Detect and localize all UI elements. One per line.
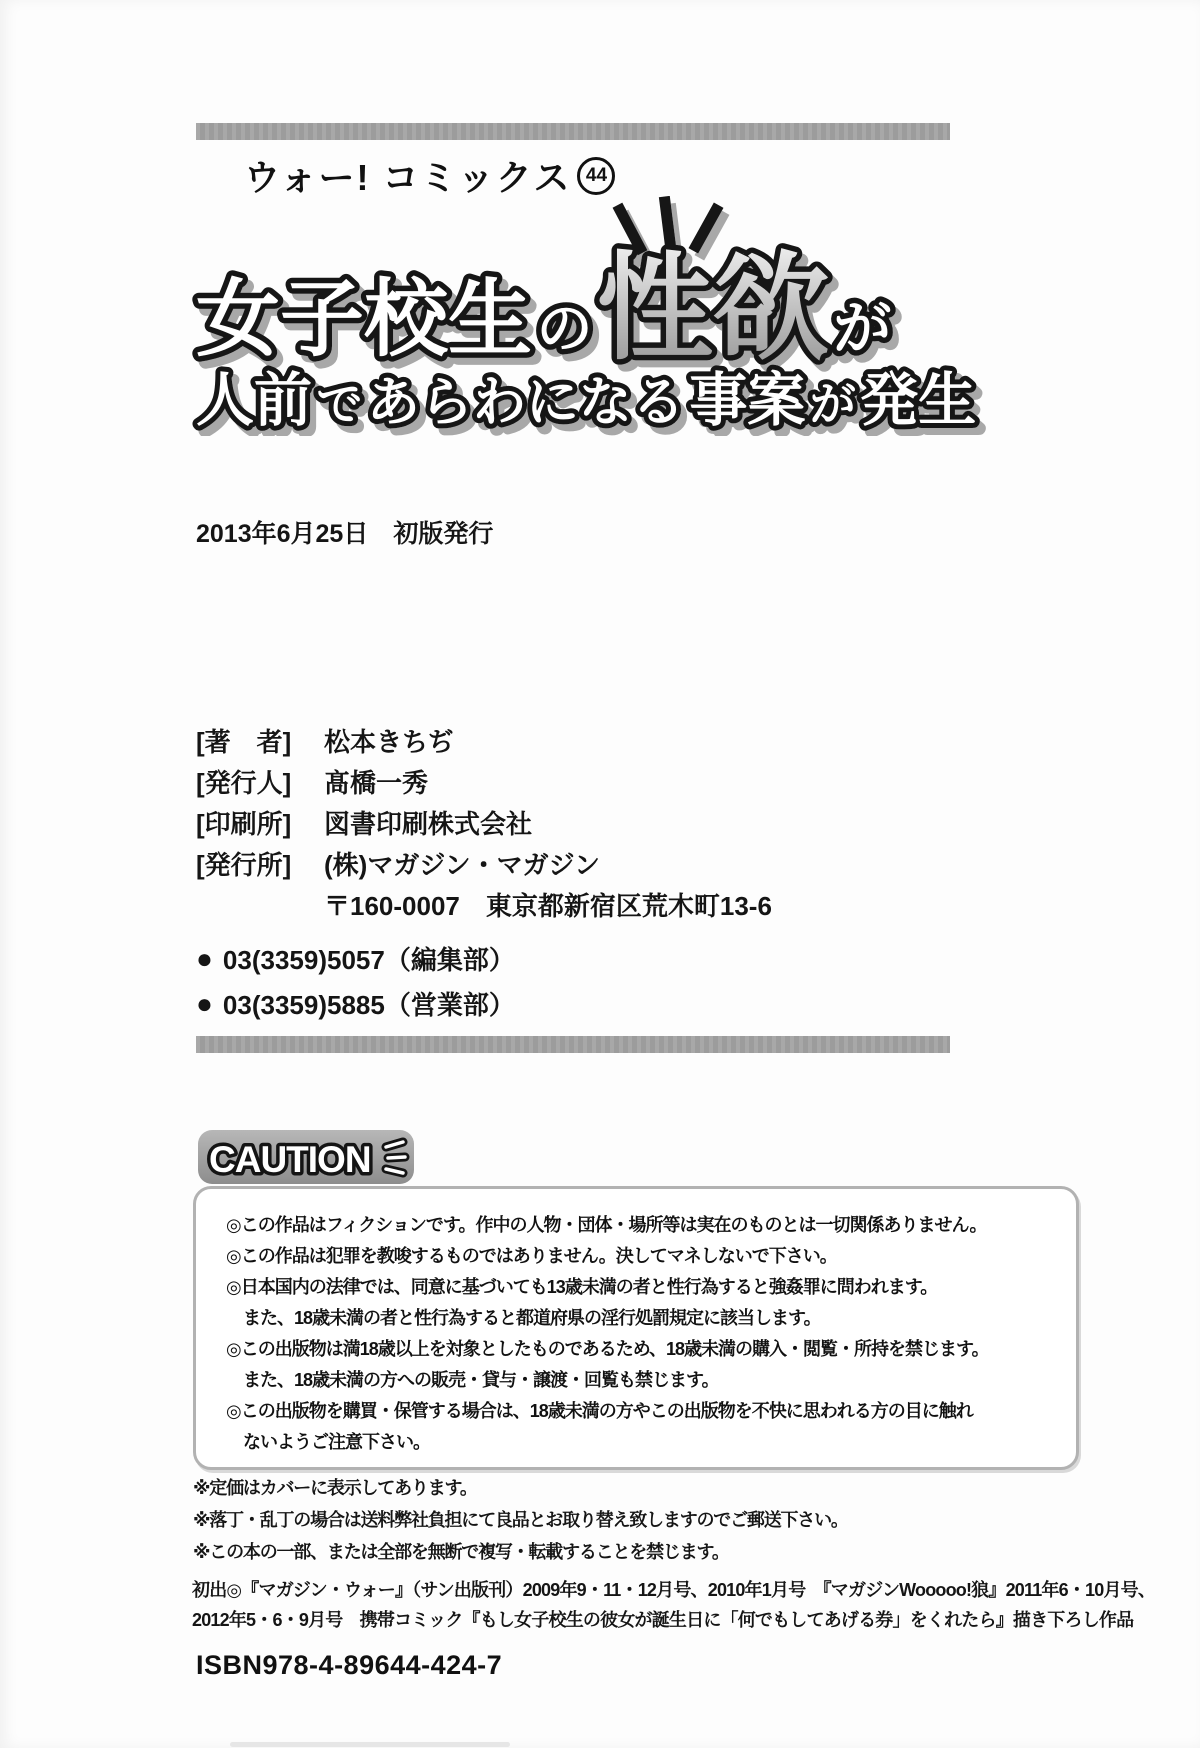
- caution-line: ◎この出版物を購買・保管する場合は、18歳未満の方やこの出版物を不快に思われる方…: [226, 1397, 1056, 1428]
- first-publication: 初出◎『マガジン・ウォー』（サン出版刊）2009年9・11・12月号、2010年…: [192, 1576, 1155, 1636]
- phone-bullet-icon: ●: [196, 990, 213, 1018]
- phone-list: ● 03(3359)5057（編集部） ● 03(3359)5885（営業部）: [196, 936, 515, 1026]
- title-l1-joshikousei: 女子校生: [196, 272, 532, 366]
- phone-row-editorial: ● 03(3359)5057（編集部）: [196, 936, 515, 981]
- note-line: ※この本の一部、または全部を無断で複写・転載することを禁じます。: [193, 1538, 848, 1570]
- credit-value: (株)マガジン・マガジン: [324, 845, 600, 882]
- title-l1-no: の: [536, 297, 592, 360]
- isbn-text: ISBN978-4-89644-424-7: [196, 1650, 502, 1681]
- series-volume-badge: 44: [577, 157, 615, 195]
- title-l1-ga: が: [833, 296, 891, 361]
- page-scan-artifact: [230, 1742, 510, 1747]
- caution-line: ないようご注意下さい。: [226, 1428, 1056, 1459]
- caution-tab: CAUTION: [196, 1128, 418, 1188]
- credit-label: [発行所]: [196, 845, 304, 882]
- credit-value: 図書印刷株式会社: [324, 804, 532, 841]
- phone-text: 03(3359)5885（営業部）: [223, 985, 515, 1022]
- phone-row-sales: ● 03(3359)5885（営業部）: [196, 981, 515, 1026]
- caution-line: ◎この出版物は満18歳以上を対象としたものであるため、18歳未満の購入・閲覧・所…: [226, 1335, 1056, 1366]
- publisher-address: 〒160-0007 東京都新宿区荒木町13-6: [324, 886, 772, 927]
- svg-text:女子校生 の 性欲: 女子校生 の 性欲 が: [196, 243, 891, 373]
- notes-list: ※定価はカバーに表示してあります。 ※落丁・乱丁の場合は送料弊社負担にて良品とお…: [193, 1474, 848, 1570]
- first-publication-line: 初出◎『マガジン・ウォー』（サン出版刊）2009年9・11・12月号、2010年…: [192, 1576, 1155, 1606]
- caution-heading: CAUTION: [209, 1139, 371, 1180]
- credit-value: 髙橋一秀: [324, 763, 428, 800]
- series-label-text: ウォー! コミックス: [244, 150, 571, 201]
- title-logo: 女子校生 の 性欲 が 人前 で あらわになる 事案 が 発生: [190, 196, 990, 436]
- caution-line: ◎日本国内の法律では、同意に基づいても13歳未満の者と性行為すると強姦罪に問われ…: [226, 1273, 1056, 1304]
- phone-bullet-icon: ●: [196, 945, 213, 973]
- caution-line: ◎この作品はフィクションです。作中の人物・団体・場所等は実在のものとは一切関係あ…: [226, 1211, 1056, 1242]
- mid-rule: [196, 1036, 950, 1053]
- credit-row-printer: [印刷所] 図書印刷株式会社: [196, 804, 772, 845]
- credit-row-author: [著 者] 松本きちぢ: [196, 722, 772, 763]
- title-l2-jian: 事案: [689, 368, 805, 433]
- caution-box: ◎この作品はフィクションです。作中の人物・団体・場所等は実在のものとは一切関係あ…: [193, 1186, 1079, 1470]
- title-l2-ga: が: [810, 378, 856, 430]
- caution-line: また、18歳未満の方への販売・貸与・譲渡・回覧も禁じます。: [226, 1366, 1056, 1397]
- credit-label: [印刷所]: [196, 804, 304, 841]
- credit-label: [発行人]: [196, 763, 304, 800]
- series-label: ウォー! コミックス 44: [244, 150, 615, 201]
- caution-emphasis-icon: [386, 1142, 405, 1173]
- caution-line: ◎この作品は犯罪を教唆するものではありません。決してマネしないで下さい。: [226, 1242, 1056, 1273]
- title-l2-de: で: [316, 378, 362, 430]
- emphasis-lines-icon: [620, 202, 716, 248]
- caution-line: また、18歳未満の者と性行為すると都道府県の淫行処罰規定に該当します。: [226, 1304, 1056, 1335]
- title-l2-hitomae: 人前: [196, 368, 312, 433]
- title-l2-hassei: 発生: [860, 368, 976, 433]
- title-l2-arawani-naru: あらわになる: [367, 373, 685, 432]
- colophon-page: ウォー! コミックス 44 女子校生 の 性欲 が: [0, 0, 1200, 1748]
- top-rule: [196, 123, 950, 140]
- svg-text:人前 で あらわになる: 人前 で あらわになる 事案 が 発生: [196, 368, 976, 433]
- note-line: ※落丁・乱丁の場合は送料弊社負担にて良品とお取り替え致しますのでご郵送下さい。: [193, 1506, 848, 1538]
- credit-label: [著 者]: [196, 722, 304, 759]
- note-line: ※定価はカバーに表示してあります。: [193, 1474, 848, 1506]
- credits-list: [著 者] 松本きちぢ [発行人] 髙橋一秀 [印刷所] 図書印刷株式会社 [発…: [196, 722, 772, 927]
- caution-lines: ◎この作品はフィクションです。作中の人物・団体・場所等は実在のものとは一切関係あ…: [226, 1211, 1056, 1459]
- phone-text: 03(3359)5057（編集部）: [223, 940, 515, 977]
- title-l1-seiyoku: 性欲: [597, 243, 829, 373]
- credit-row-publisher-person: [発行人] 髙橋一秀: [196, 763, 772, 804]
- credit-row-publisher: [発行所] (株)マガジン・マガジン: [196, 845, 772, 886]
- first-publication-line: 2012年5・6・9月号 携帯コミック『もし女子校生の彼女が誕生日に「何でもして…: [192, 1606, 1155, 1636]
- credit-value: 松本きちぢ: [324, 722, 454, 759]
- edition-date: 2013年6月25日 初版発行: [196, 514, 493, 550]
